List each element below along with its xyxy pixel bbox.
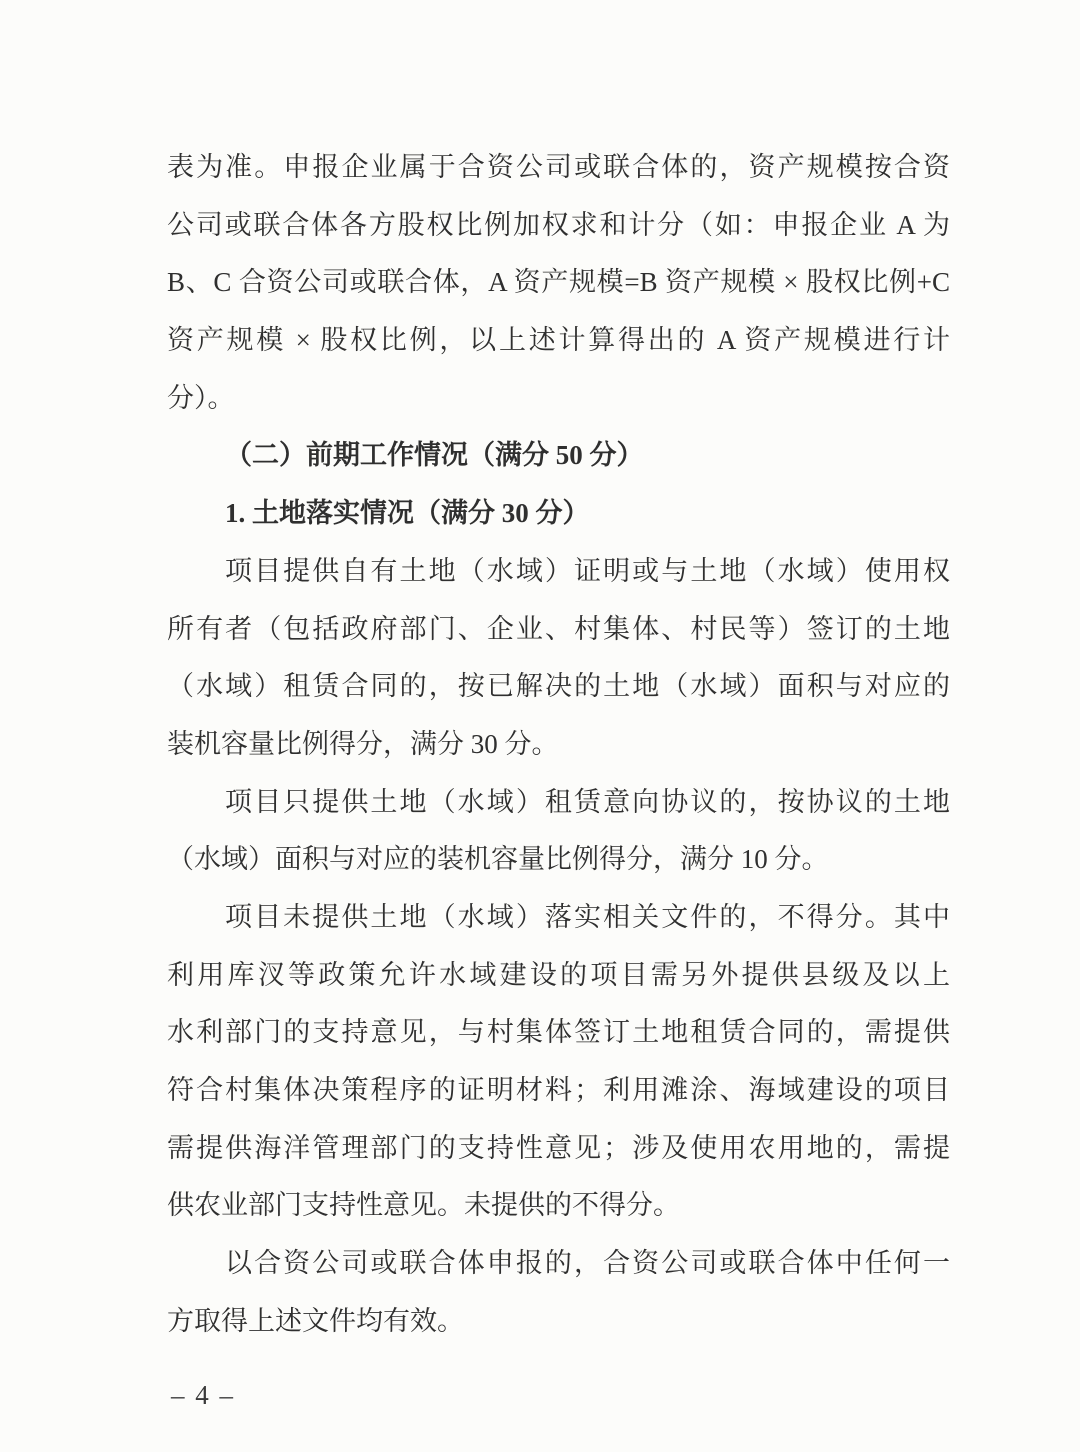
body-line: B、C 合资公司或联合体，A 资产规模=B 资产规模 × 股权比例+C bbox=[167, 254, 950, 312]
body-line: 水利部门的支持意见，与村集体签订土地租赁合同的，需提供 bbox=[167, 1004, 950, 1062]
body-line: 方取得上述文件均有效。 bbox=[167, 1293, 950, 1351]
body-line: 项目只提供土地（水域）租赁意向协议的，按协议的土地 bbox=[167, 774, 950, 832]
page-number: – 4 – bbox=[171, 1375, 235, 1415]
body-line: 分）。 bbox=[167, 370, 950, 428]
body-line: 项目提供自有土地（水域）证明或与土地（水域）使用权 bbox=[167, 543, 950, 601]
body-line: 符合村集体决策程序的证明材料；利用滩涂、海域建设的项目 bbox=[167, 1062, 950, 1120]
scanned-document-page: 表为准。申报企业属于合资公司或联合体的，资产规模按合资 公司或联合体各方股权比例… bbox=[0, 0, 1080, 1452]
document-body: 表为准。申报企业属于合资公司或联合体的，资产规模按合资 公司或联合体各方股权比例… bbox=[167, 139, 950, 1350]
subsection-heading: 1. 土地落实情况（满分 30 分） bbox=[167, 485, 950, 543]
body-line: 供农业部门支持性意见。未提供的不得分。 bbox=[167, 1177, 950, 1235]
body-line: 利用库汊等政策允许水域建设的项目需另外提供县级及以上 bbox=[167, 947, 950, 1005]
body-line: 以合资公司或联合体申报的，合资公司或联合体中任何一 bbox=[167, 1235, 950, 1293]
body-line: 表为准。申报企业属于合资公司或联合体的，资产规模按合资 bbox=[167, 139, 950, 197]
body-line: 资产规模 × 股权比例，以上述计算得出的 A 资产规模进行计 bbox=[167, 312, 950, 370]
body-line: 装机容量比例得分，满分 30 分。 bbox=[167, 716, 950, 774]
body-line: （水域）面积与对应的装机容量比例得分，满分 10 分。 bbox=[167, 831, 950, 889]
section-heading: （二）前期工作情况（满分 50 分） bbox=[167, 427, 950, 485]
body-line: （水域）租赁合同的，按已解决的土地（水域）面积与对应的 bbox=[167, 658, 950, 716]
body-line: 项目未提供土地（水域）落实相关文件的，不得分。其中 bbox=[167, 889, 950, 947]
body-line: 需提供海洋管理部门的支持性意见；涉及使用农用地的，需提 bbox=[167, 1120, 950, 1178]
body-line: 所有者（包括政府部门、企业、村集体、村民等）签订的土地 bbox=[167, 601, 950, 659]
body-line: 公司或联合体各方股权比例加权求和计分（如：申报企业 A 为 bbox=[167, 197, 950, 255]
